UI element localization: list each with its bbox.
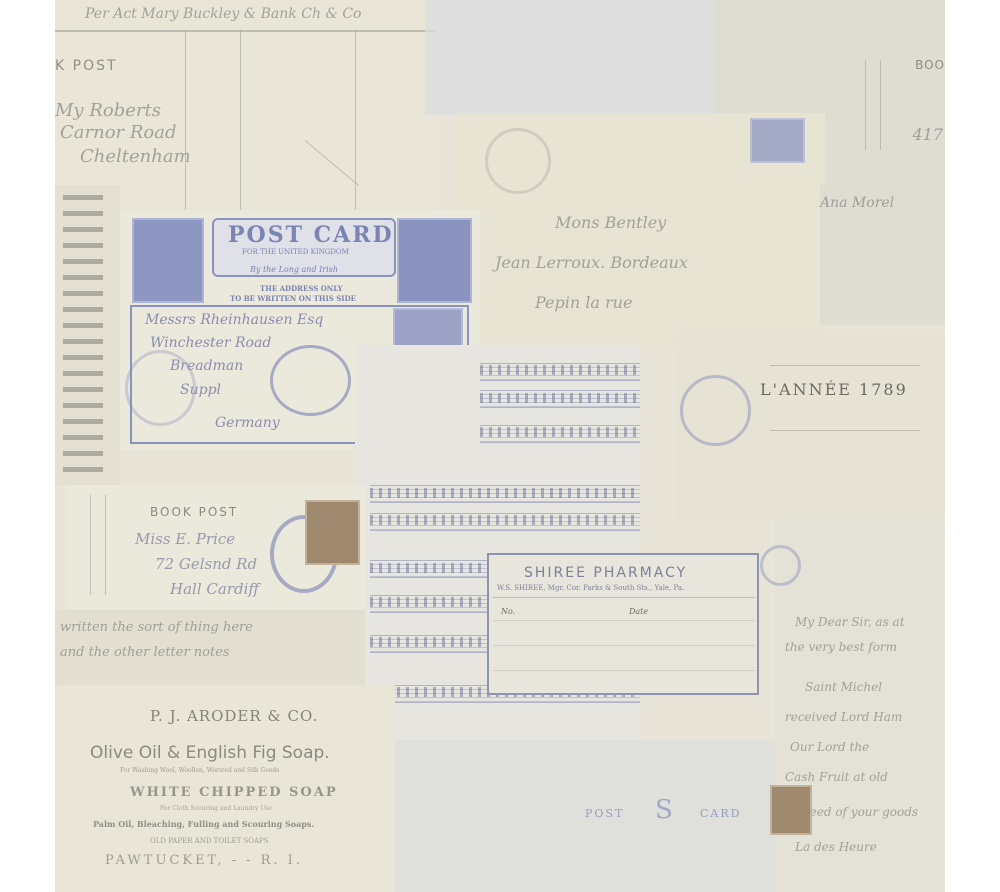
coat-of-arms (132, 218, 204, 303)
postcard-subtitle: FOR THE UNITED KINGDOM (242, 248, 349, 256)
corner-label: BOO (915, 58, 945, 72)
book-post-address-1: Miss E. Price (135, 530, 235, 548)
soap-detail: Palm Oil, Bleaching, Fulling and Scourin… (93, 819, 314, 829)
soap-tagline: For Washing Wool, Woollen, Worsted and S… (120, 767, 279, 774)
soap-city: PAWTUCKET, - - R. I. (105, 853, 303, 868)
pharmacy-subline: W.S. SHIREE, Mgr. Cor. Parks & South Sts… (497, 584, 684, 592)
annee-title: L'ANNÉE 1789 (760, 380, 908, 399)
pharmacy-no-label: No. (501, 607, 515, 616)
footer-monogram: S (655, 795, 673, 825)
queen-stamp (397, 218, 472, 303)
ledger-address-2: Carnor Road (60, 122, 177, 143)
right-note: Ana Morel (820, 185, 945, 325)
soap-detail-2: OLD PAPER AND TOILET SOAPS (150, 837, 269, 845)
soap-product: Olive Oil & English Fig Soap. (90, 743, 330, 763)
number-column (55, 185, 120, 485)
faded-letter (425, 0, 715, 115)
script-strip: written the sort of thing here and the o… (55, 610, 365, 685)
handwritten-letter: Mons Bentley Jean Lerroux. Bordeaux Pepi… (455, 113, 825, 348)
book-post-address-2: 72 Gelsnd Rd (155, 555, 257, 573)
postcard-motto: By the Long and Irish (250, 265, 338, 274)
post-card-footer: POST S CARD (560, 785, 830, 845)
postcard-address-1: Messrs Rheinhausen Esq (145, 312, 323, 328)
soap-small-line: For Cloth Scouring and Laundry Use (160, 805, 272, 812)
book-post-address-3: Hall Cardiff (170, 580, 259, 598)
pharmacy-title: SHIREE PHARMACY (524, 565, 687, 581)
soap-advertisement: P. J. ARODER & CO. Olive Oil & English F… (60, 685, 395, 892)
postcard-instruction-1: THE ADDRESS ONLY (260, 284, 343, 293)
book-post-title: BOOK POST (150, 505, 238, 519)
postcard-instruction-2: TO BE WRITTEN ON THIS SIDE (230, 294, 356, 303)
postmark-circle (270, 345, 351, 416)
pharmacy-date-label: Date (629, 607, 648, 616)
pharmacy-label: SHIREE PHARMACY W.S. SHIREE, Mgr. Cor. P… (487, 553, 759, 695)
postcard-title: POST CARD (228, 222, 394, 248)
blue-stamp-small (750, 118, 805, 163)
footer-stamp (770, 785, 812, 835)
ledger-address-1: My Roberts (55, 100, 161, 121)
soap-company: P. J. ARODER & CO. (150, 707, 318, 725)
corner-number: 417 (912, 125, 943, 144)
ledger-header: Per Act Mary Buckley & Bank Ch & Co (85, 6, 361, 22)
faded-postmark (125, 350, 196, 426)
book-post-card: BOOK POST Miss E. Price 72 Gelsnd Rd Hal… (65, 485, 365, 610)
annee-postmark (680, 375, 751, 446)
postcard-address-5: Germany (215, 415, 280, 431)
ledger-address-3: Cheltenham (80, 146, 191, 167)
footer-post: POST (585, 807, 624, 820)
annee-document: L'ANNÉE 1789 (675, 330, 945, 520)
soap-headline: WHITE CHIPPED SOAP (130, 785, 338, 800)
ledger-post-label: K POST (55, 58, 118, 74)
collage-canvas: Per Act Mary Buckley & Bank Ch & Co K PO… (55, 0, 945, 892)
footer-card: CARD (700, 807, 741, 820)
ledger-page: Per Act Mary Buckley & Bank Ch & Co K PO… (55, 0, 435, 210)
postcard-address-2: Winchester Road (150, 335, 271, 351)
book-post-stamp (305, 500, 360, 565)
